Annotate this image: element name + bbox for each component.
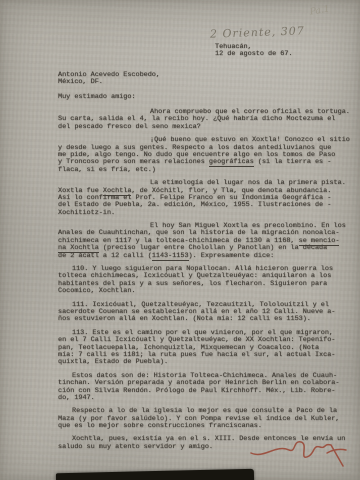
letter-line: del pescado fresco del seno mexica? xyxy=(58,124,355,131)
letter-body: Ahora compruebo que el correo oficial es… xyxy=(58,109,355,457)
letter-line: ción con Silvia Rendón. Prólogo de Paul … xyxy=(58,388,355,395)
letter-paragraph: La etimología del lugar nos da la primer… xyxy=(58,180,355,217)
letter-line: do, 1947. xyxy=(58,395,355,402)
signature xyxy=(248,436,348,470)
signature-flourish xyxy=(327,449,346,453)
letter-line: Xochitiotz-in. xyxy=(58,210,355,217)
scan-edge-artifact xyxy=(56,469,254,480)
recipient-city: México, DF. xyxy=(58,79,160,86)
letter-paragraph: Respecto a lo de la iglesia lo mejor es … xyxy=(58,408,355,430)
dateline: Tehuacán, 12 de agosto de 67. xyxy=(215,44,293,59)
letter-line: ños estuvieron allá en Xochtlan. (Nota m… xyxy=(58,316,355,323)
letter-paragraph: El hoy San Miguel Xoxtla es precolombino… xyxy=(58,223,355,260)
letter-paragraph: Estos datos son de: Historia Tolteca-Chi… xyxy=(58,373,355,403)
letter-line: de 2 ácatl a 12 calli (1143-1153). Expre… xyxy=(58,253,355,260)
letter-paragraph: 111. Icxicóuatl, Quetzalteuéyac, Tezcauí… xyxy=(58,302,355,324)
letter-line: quixtla, Estado de Puebla). xyxy=(58,359,355,366)
letter-line: flaca, si es fría, etc.) xyxy=(58,167,355,174)
letter-paragraph: 110. Y luego siguieron para Nopallocan. … xyxy=(58,266,355,296)
letter-line: que es lo mejor sobre construcciones fra… xyxy=(58,423,355,430)
signature-stroke xyxy=(251,442,343,466)
letter-page: 2 Oriente, 307 Pa.1 Tehuacán, 12 de agos… xyxy=(0,0,360,480)
letter-paragraph: Ahora compruebo que el correo oficial es… xyxy=(58,109,355,131)
date-value: 12 de agosto de 67. xyxy=(215,51,293,58)
letter-paragraph: ¡Qué bueno que estuvo en Xoxtla! Conozco… xyxy=(58,137,355,174)
salutation: Muy estimado amigo: xyxy=(58,94,136,101)
letter-paragraph: 113. Este es el camino por el que vinier… xyxy=(58,330,355,367)
handwritten-address: 2 Oriente, 307 xyxy=(210,24,305,40)
page-mark: Pa.1 xyxy=(309,4,330,17)
letter-line: Cocomico, Xochtlan. xyxy=(58,288,355,295)
recipient-block: Antonio Acevedo Escobedo, México, DF. xyxy=(58,72,160,87)
